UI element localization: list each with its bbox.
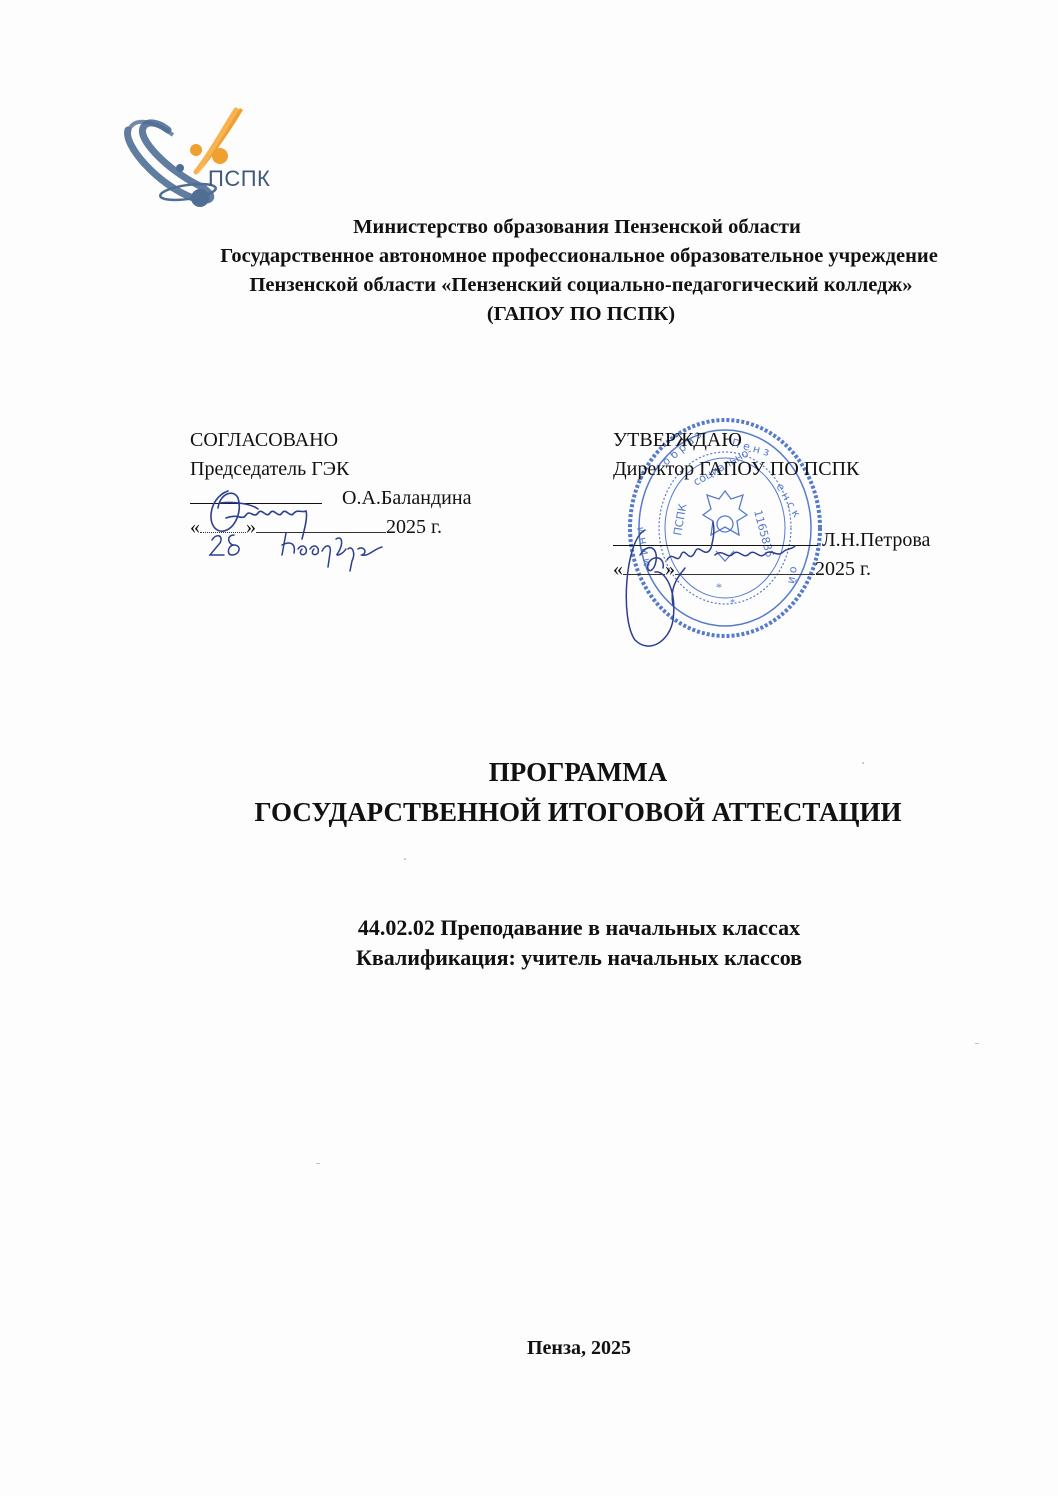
institution-name: Пензенской области «Пензенский социально… [0,271,1058,300]
date-row: «»2025 г. [190,513,471,542]
qualification: Квалификация: учитель начальных классов [0,943,1058,973]
scan-speck [862,762,864,764]
institution-abbreviation: (ГАПОУ ПО ПСПК) [0,300,1058,329]
quote-close: » [246,516,256,538]
scan-speck [975,1043,979,1044]
approval-block-agreed: СОГЛАСОВАНО Председатель ГЭК О.А.Баланди… [190,426,471,542]
ministry-name: Министерство образования Пензенской обла… [0,213,1058,242]
college-atom-logo-icon [118,100,288,212]
title-line-2: ГОСУДАРСТВЕННОЙ ИТОГОВОЙ АТТЕСТАЦИИ [0,792,1058,832]
signature-line [613,527,818,546]
college-logo: ПСПК [118,100,288,212]
approval-heading: СОГЛАСОВАНО [190,426,471,455]
specialty-code-name: 44.02.02 Преподавание в начальных класса… [0,913,1058,943]
day-field [200,514,246,533]
quote-open: « [190,516,200,538]
scan-speck [316,1163,320,1164]
signatory-name: Л.Н.Петрова [822,529,930,551]
svg-text:*: * [730,598,735,609]
logo-text: ПСПК [208,166,270,192]
month-field [256,514,386,533]
quote-open: « [613,558,623,580]
approval-position: Председатель ГЭК [190,455,471,484]
year-text: 2025 г. [815,558,871,580]
approval-block-approved: УТВЕРЖДАЮ Директор ГАПОУ ПО ПСПК Л.Н.Пет… [613,426,930,584]
signatory-name: О.А.Баландина [342,487,471,509]
institution-header: Министерство образования Пензенской обла… [0,213,1058,329]
spacer [613,484,930,526]
place-and-year: Пенза, 2025 [0,1337,1058,1360]
signature-line [190,485,322,504]
institution-type: Государственное автономное профессиональ… [0,242,1058,271]
signature-row: О.А.Баландина [190,484,471,513]
scan-speck [404,858,406,860]
signature-row: Л.Н.Петрова [613,526,930,555]
title-line-1: ПРОГРАММА [0,752,1058,792]
month-field [675,556,815,575]
quote-close: » [665,558,675,580]
year-text: 2025 г. [386,516,442,538]
specialty-block: 44.02.02 Преподавание в начальных класса… [0,913,1058,973]
approval-heading: УТВЕРЖДАЮ [613,426,930,455]
document-page: ПСПК Министерство образования Пензенской… [0,0,1058,1496]
document-title: ПРОГРАММА ГОСУДАРСТВЕННОЙ ИТОГОВОЙ АТТЕС… [0,752,1058,832]
approval-position: Директор ГАПОУ ПО ПСПК [613,455,930,484]
date-row: «»2025 г. [613,555,930,584]
day-field [623,556,665,575]
